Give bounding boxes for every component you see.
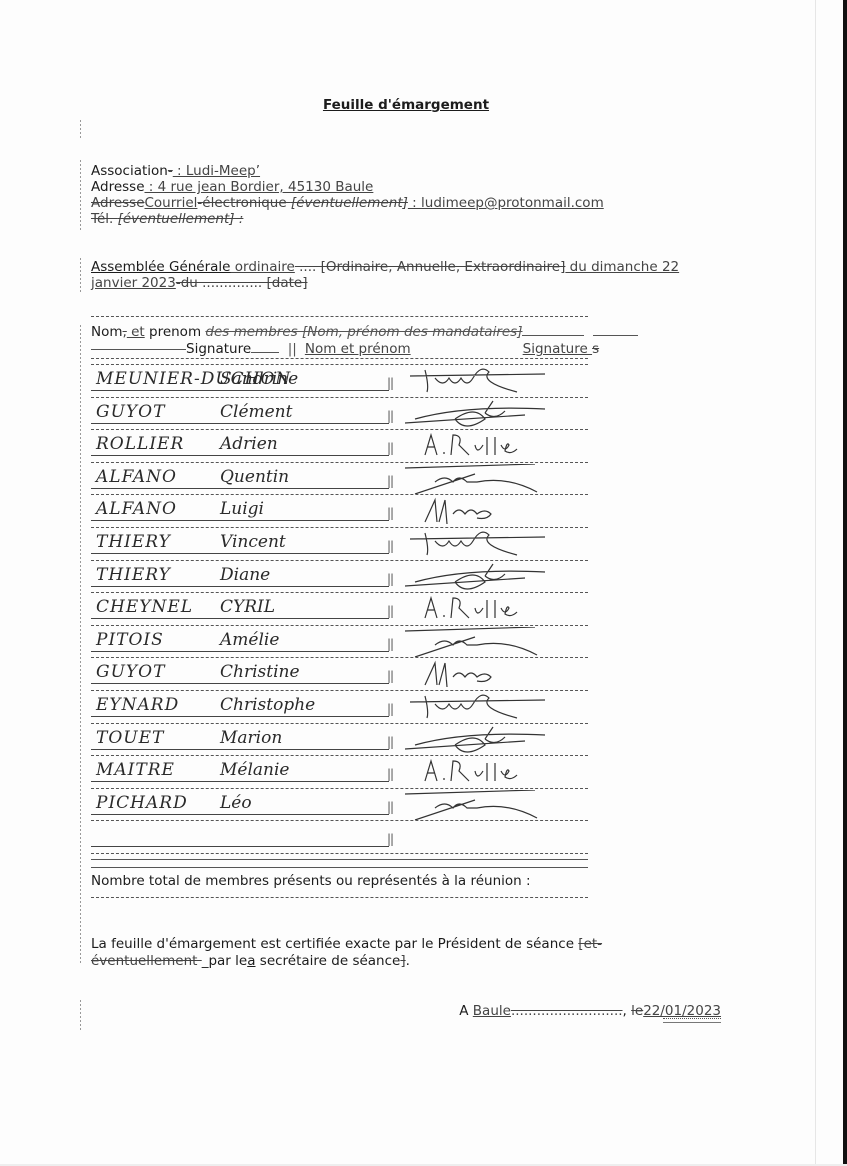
phone-line: Tél. [éventuellement] :	[91, 211, 243, 227]
row-rule	[91, 560, 588, 561]
row-rule	[91, 820, 588, 821]
first-name: Amélie	[220, 630, 279, 650]
name-underline	[91, 651, 389, 652]
column-separator: ||	[387, 800, 393, 814]
margin-mark	[80, 258, 81, 292]
first-name: Luigi	[220, 499, 264, 519]
column-separator: ||	[387, 474, 393, 488]
signature	[405, 562, 555, 592]
total-rule	[91, 897, 588, 898]
row-rule	[91, 625, 588, 626]
name-underline	[91, 716, 389, 717]
signature-date: 22/01/2023	[643, 1003, 721, 1019]
row-rule	[91, 527, 588, 528]
signature	[405, 757, 555, 787]
date-dots	[663, 1018, 721, 1019]
row-rule	[91, 592, 588, 593]
table-header-line-2: Signature ||Nom et prénomSignature s	[91, 341, 599, 357]
signature	[405, 431, 555, 461]
first-name: Marion	[220, 728, 282, 748]
row-rule	[91, 429, 588, 430]
first-name: Sandrine	[220, 369, 298, 389]
first-name: Christophe	[220, 695, 315, 715]
col-signature: Signature	[186, 341, 251, 357]
last-name: THIERY	[96, 565, 171, 585]
margin-mark	[80, 1000, 81, 1030]
certification-line-1: La feuille d'émargement est certifiée ex…	[91, 936, 602, 953]
row-rule	[91, 462, 588, 463]
first-name: Christine	[220, 662, 300, 682]
column-separator: ||	[387, 409, 393, 423]
signature	[405, 496, 555, 526]
first-name: Léo	[220, 793, 252, 813]
last-name: MAITRE	[96, 760, 175, 780]
document-title: Feuille d'émargement	[0, 97, 812, 113]
column-separator: ||	[387, 539, 393, 553]
table-header-line-1: Nom, et prenom des membres [Nom, prénom …	[91, 324, 638, 340]
date-underline	[663, 1022, 721, 1023]
column-separator: ||	[387, 604, 393, 618]
assembly-line-1: Assemblée Générale ordinaire .... [Ordin…	[91, 259, 679, 275]
header-rule	[91, 316, 588, 317]
first-name: Quentin	[220, 467, 289, 487]
first-name: Clément	[220, 402, 292, 422]
last-name: PICHARD	[96, 793, 188, 813]
email-line: AdresseCourriel-électronique [éventuelle…	[91, 195, 604, 211]
first-name: Adrien	[220, 434, 278, 454]
column-separator: ||	[387, 441, 393, 455]
name-underline	[91, 846, 389, 847]
last-name: CHEYNEL	[96, 597, 193, 617]
table-bottom-rule	[91, 867, 588, 868]
certification-line-2: éventuellement _par lea secrétaire de sé…	[91, 953, 410, 970]
signature	[405, 399, 555, 429]
name-underline	[91, 455, 389, 456]
margin-mark	[80, 325, 81, 965]
name-underline	[91, 423, 389, 424]
name-underline	[91, 749, 389, 750]
scan-fold-line	[815, 0, 816, 1166]
signature	[405, 692, 555, 722]
name-underline	[91, 553, 389, 554]
column-separator: ||	[387, 506, 393, 520]
first-name: Diane	[220, 565, 270, 585]
signature	[405, 366, 555, 396]
signature	[405, 790, 555, 820]
row-rule	[91, 788, 588, 789]
margin-mark	[80, 160, 81, 230]
column-separator: ||	[387, 702, 393, 716]
column-separator: ||	[387, 669, 393, 683]
name-underline	[91, 520, 389, 521]
last-name: GUYOT	[96, 662, 165, 682]
margin-mark	[80, 120, 81, 140]
col-name-2: Nom et prénom	[297, 341, 523, 357]
signature	[405, 464, 555, 494]
row-rule	[91, 364, 588, 365]
name-underline	[91, 390, 389, 391]
name-underline	[91, 488, 389, 489]
row-rule	[91, 853, 588, 854]
row-rule	[91, 755, 588, 756]
column-separator: ||	[387, 832, 393, 846]
last-name: TOUET	[96, 728, 164, 748]
last-name: ROLLIER	[96, 434, 184, 454]
last-name: ALFANO	[96, 467, 177, 487]
last-name: GUYOT	[96, 402, 165, 422]
row-rule	[91, 657, 588, 658]
signature	[405, 594, 555, 624]
column-separator: ||	[387, 767, 393, 781]
row-rule	[91, 690, 588, 691]
row-rule	[91, 723, 588, 724]
header-rule-bottom	[91, 358, 588, 359]
last-name: THIERY	[96, 532, 171, 552]
signature	[405, 627, 555, 657]
column-separator: ||	[387, 376, 393, 390]
table-bottom-rule	[91, 859, 588, 860]
total-members-label: Nombre total de membres présents ou repr…	[91, 873, 531, 890]
name-underline	[91, 683, 389, 684]
row-rule	[91, 397, 588, 398]
name-underline	[91, 814, 389, 815]
name-underline	[91, 618, 389, 619]
first-name: CYRIL	[220, 597, 275, 617]
first-name: Vincent	[220, 532, 286, 552]
first-name: Mélanie	[220, 760, 290, 780]
assembly-line-2: janvier 2023-du .............. [date]	[91, 275, 307, 291]
signature	[405, 529, 555, 559]
column-separator: ||	[387, 572, 393, 586]
place-date: A Baule.........................., le22/…	[459, 1003, 721, 1019]
last-name: ALFANO	[96, 499, 177, 519]
address-line: Adresse : 4 rue jean Bordier, 45130 Baul…	[91, 179, 373, 195]
association-line: Association- : Ludi-Meep’	[91, 163, 260, 179]
column-separator: ||	[387, 637, 393, 651]
last-name: EYNARD	[96, 695, 179, 715]
signature	[405, 659, 555, 689]
name-underline	[91, 781, 389, 782]
last-name: PITOIS	[96, 630, 164, 650]
row-rule	[91, 494, 588, 495]
column-separator: ||	[387, 735, 393, 749]
name-underline	[91, 586, 389, 587]
scan-edge	[843, 0, 847, 1166]
place: Baule	[473, 1003, 511, 1019]
signature	[405, 725, 555, 755]
